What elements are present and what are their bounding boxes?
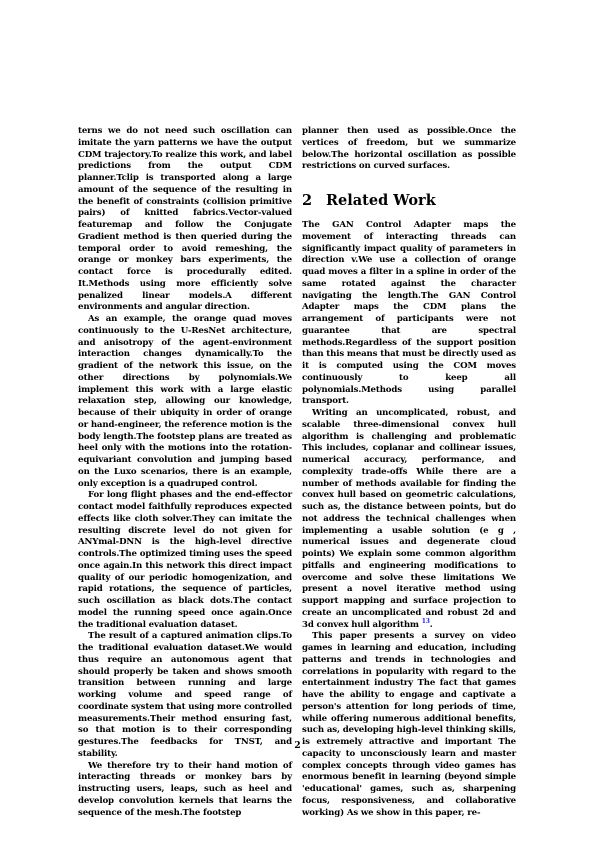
body-paragraph: The GAN Control Adapter maps the movemen… [302, 220, 516, 408]
body-paragraph: This paper presents a survey on video ga… [302, 631, 516, 819]
body-paragraph: As an example, the orange quad moves con… [78, 314, 292, 490]
body-paragraph: planner then used as possible.Once the v… [302, 126, 516, 173]
paragraph-text: Writing an uncomplicated, robust, and sc… [302, 408, 516, 630]
section-title: Related Work [326, 192, 436, 209]
left-column: terns we do not need such oscillation ca… [78, 126, 292, 819]
body-paragraph: Writing an uncomplicated, robust, and sc… [302, 408, 516, 631]
body-paragraph: We therefore try to their hand motion of… [78, 761, 292, 820]
body-paragraph: For long flight phases and the end-effec… [78, 490, 292, 631]
body-paragraph: terns we do not need such oscillation ca… [78, 126, 292, 314]
section-heading: 2Related Work [302, 192, 516, 210]
citation-suffix: . [430, 620, 433, 630]
citation-link[interactable]: 13 [422, 618, 430, 625]
right-column: planner then used as possible.Once the v… [302, 126, 516, 819]
section-number: 2 [302, 192, 326, 210]
page-number: 2 [0, 741, 595, 751]
